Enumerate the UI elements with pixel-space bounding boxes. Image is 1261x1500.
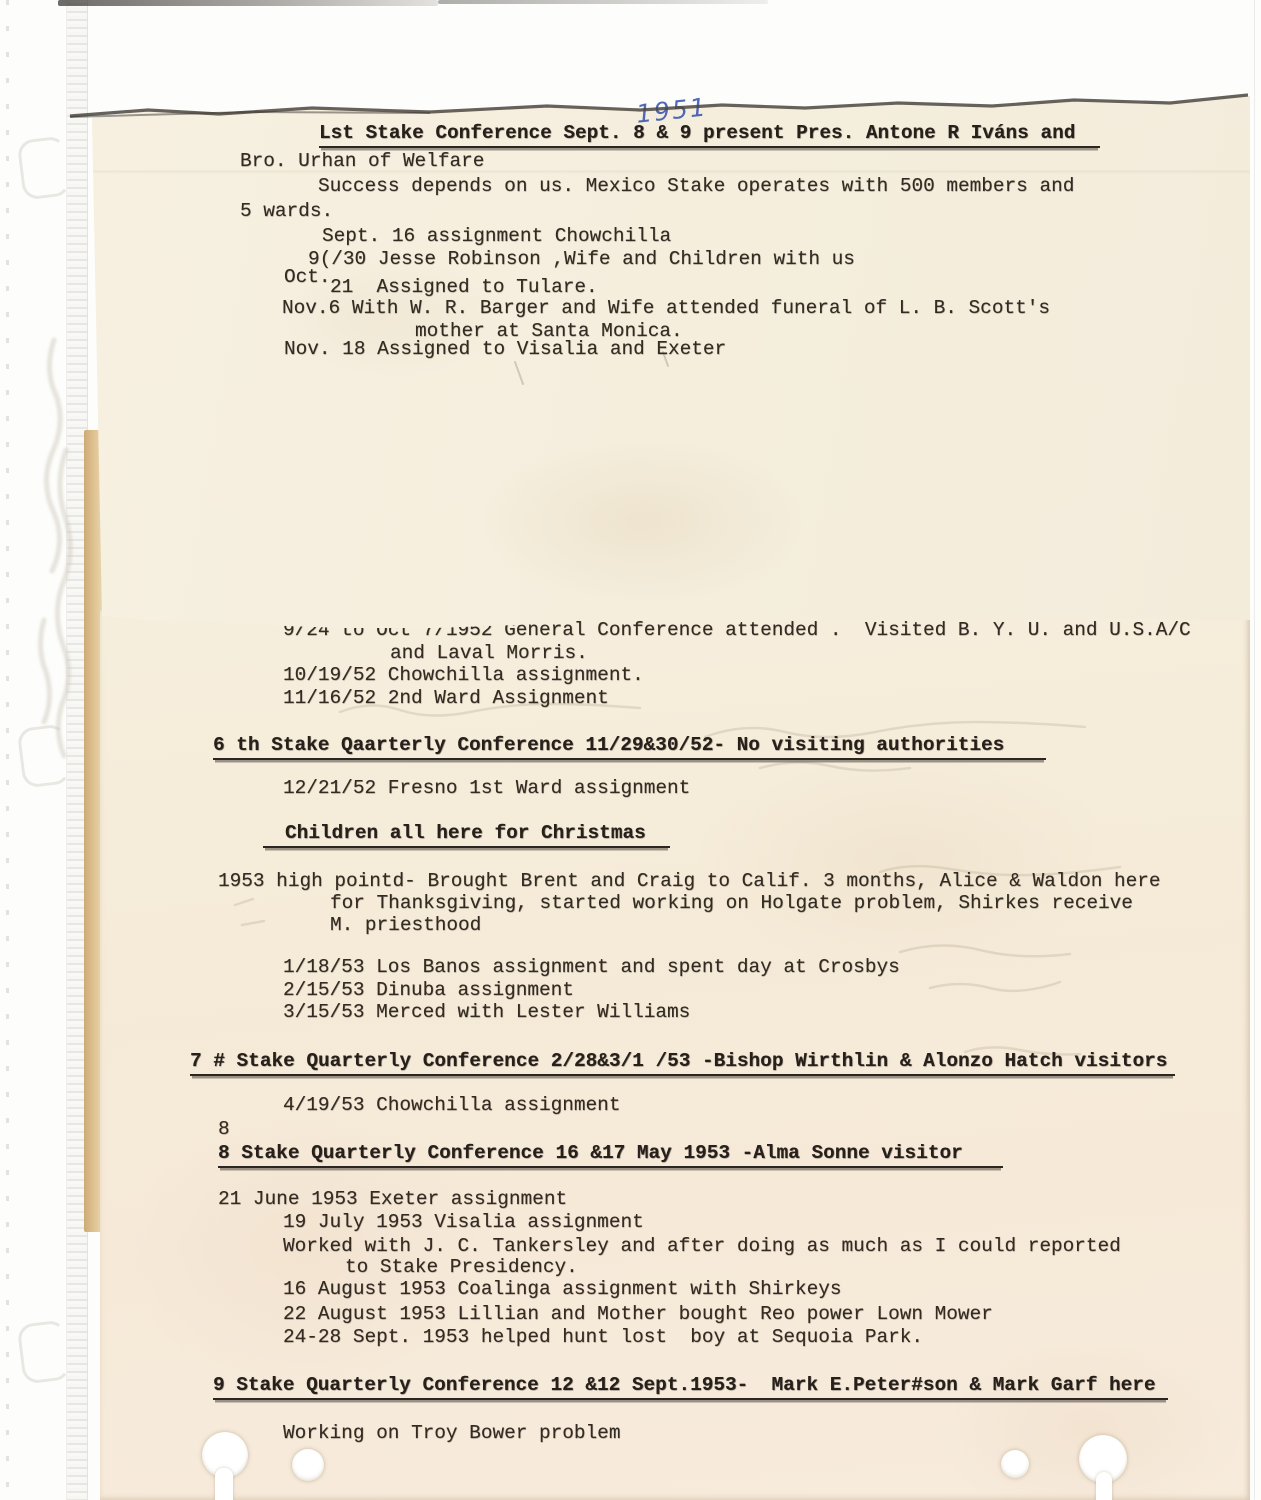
typed-line: 11/16/52 2nd Ward Assignment bbox=[283, 689, 609, 708]
section-heading: Children all here for Christmas bbox=[263, 824, 670, 848]
section-heading: 8 Stake Quarterly Conference 16 &17 May … bbox=[218, 1144, 1003, 1168]
section-heading: 9 Stake Quarterly Conference 12 &12 Sept… bbox=[213, 1376, 1168, 1400]
typed-line: Worked with J. C. Tankersley and after d… bbox=[283, 1237, 1121, 1256]
typed-line: Success depends on us. Mexico Stake oper… bbox=[318, 177, 1074, 196]
scan-top-edge bbox=[438, 0, 768, 4]
section-heading: Lst Stake Conference Sept. 8 & 9 present… bbox=[319, 124, 1100, 148]
typed-line: Nov.6 With W. R. Barger and Wife attende… bbox=[282, 299, 1050, 318]
typed-line: 2/15/53 Dinuba assignment bbox=[283, 981, 574, 1000]
typed-line: 3/15/53 Merced with Lester Williams bbox=[283, 1003, 690, 1022]
punch-hole bbox=[292, 1449, 324, 1481]
scan-top-edge bbox=[58, 0, 438, 6]
typed-line: 21 June 1953 Exeter assignment bbox=[218, 1190, 567, 1209]
typed-line: 5 wards. bbox=[240, 202, 333, 221]
typed-line: 24-28 Sept. 1953 helped hunt lost boy at… bbox=[283, 1328, 923, 1347]
punch-hole-stem bbox=[1096, 1472, 1112, 1500]
typed-line: Nov. 18 Assigned to Visalia and Exeter bbox=[284, 340, 726, 359]
section-heading: 7 # Stake Quarterly Conference 2/28&3/1 … bbox=[190, 1052, 1175, 1076]
scan-edge-dashes bbox=[6, 0, 9, 1500]
typed-line: 10/19/52 Chowchilla assignment. bbox=[283, 666, 644, 685]
typed-line: 16 August 1953 Coalinga assignment with … bbox=[283, 1280, 842, 1299]
typed-line: 1953 high pointd- Brought Brent and Crai… bbox=[218, 872, 1161, 891]
typed-line: 1/18/53 Los Banos assignment and spent d… bbox=[283, 958, 900, 977]
typed-line: 21 Assigned to Tulare. bbox=[330, 278, 598, 297]
sheet-protector-right-edge bbox=[1254, 0, 1255, 1500]
binder-ring-notch bbox=[17, 1319, 72, 1384]
scanned-journal-page: 9/24 to Oct 7/1952 General Conference at… bbox=[0, 0, 1261, 1500]
typed-line: Bro. Urhan of Welfare bbox=[240, 152, 484, 171]
typed-line: Oct. bbox=[284, 268, 331, 287]
typed-line: 19 July 1953 Visalia assignment bbox=[283, 1213, 644, 1232]
typed-line: 4/19/53 Chowchilla assignment bbox=[283, 1096, 620, 1115]
typed-line: 8 bbox=[218, 1120, 230, 1139]
punch-hole-stem bbox=[215, 1468, 233, 1500]
punch-hole bbox=[1001, 1450, 1029, 1478]
typed-line: 9(/30 Jesse Robinson ,Wife and Children … bbox=[308, 250, 855, 269]
typed-line: to Stake Presidency. bbox=[345, 1258, 578, 1277]
typed-line: 22 August 1953 Lillian and Mother bought… bbox=[283, 1305, 993, 1324]
faint-margin-handwriting bbox=[14, 320, 84, 820]
typed-line: for Thanksgiving, started working on Hol… bbox=[330, 894, 1133, 913]
typed-line: Sept. 16 assignment Chowchilla bbox=[322, 227, 671, 246]
typed-line: 12/21/52 Fresno 1st Ward assignment bbox=[283, 779, 690, 798]
typed-line: M. priesthood bbox=[330, 916, 481, 935]
section-heading: 6 th Stake Qaarterly Conference 11/29&30… bbox=[213, 736, 1046, 760]
binder-ring-notch bbox=[17, 135, 72, 200]
typed-line: Working on Troy Bower problem bbox=[283, 1424, 620, 1443]
typed-line: and Laval Morris. bbox=[390, 644, 588, 663]
